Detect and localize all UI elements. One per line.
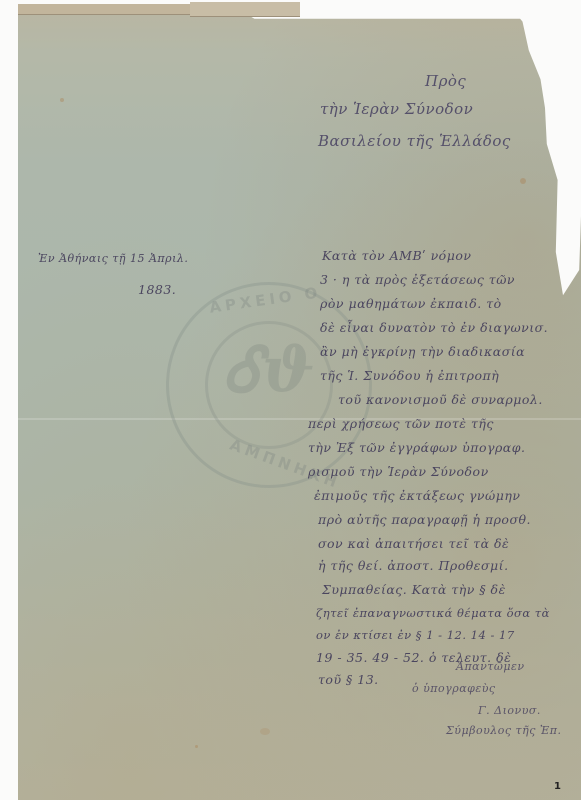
body-line: ρισμοῦ τὴν Ἱερὰν Σύνοδον (308, 464, 489, 479)
folded-top-flap-2 (190, 2, 300, 17)
body-line: δὲ εἶναι δυνατὸν τὸ ἐν διαγωνισ. (320, 320, 548, 335)
body-line: 3 · η τὰ πρὸς ἐξετάσεως τῶν (320, 272, 515, 287)
archive-stamp: Ꮄϑ ΑΡΧΕΙΟ Ο ΑΜΠΝΗΚΗ (166, 282, 372, 488)
stamp-monogram: Ꮄϑ (224, 333, 315, 407)
foxing-spot (195, 745, 198, 748)
body-line: σον καὶ ἀπαιτήσει τεῖ τὰ δὲ (318, 536, 509, 551)
page-marker: 1 (554, 781, 561, 792)
body-line: τὴν Ἐξ τῶν ἐγγράφων ὑπογραφ. (308, 440, 525, 455)
foxing-spot (60, 98, 64, 102)
place-date: Ἐν Ἀθήναις τῇ 15 Ἀπριλ. (38, 252, 188, 265)
closing-line-1: Ἀπαντῶμεν (456, 660, 525, 673)
closing-line-2: ὁ ὑπογραφεὺς (412, 682, 496, 695)
body-line: περὶ χρήσεως τῶν ποτὲ τῆς (308, 416, 494, 431)
signature-name: Γ. Διονυσ. (478, 704, 541, 717)
body-line: ον ἐν κτίσει ἐν § 1 - 12. 14 - 17 (316, 628, 515, 642)
body-line: τοῦ § 13. (318, 672, 379, 687)
body-line: πρὸ αὐτῆς παραγραφῇ ἡ προσθ. (318, 512, 531, 527)
body-line: ρὸν μαθημάτων ἐκπαιδ. τὸ (320, 296, 502, 311)
body-line: ἂν μὴ ἐγκρίνῃ τὴν διαδικασία (320, 344, 525, 359)
year: 1883. (138, 282, 176, 297)
body-line: Κατὰ τὸν ΑΜΒʹ νόμον (322, 248, 471, 263)
body-line: ζητεῖ ἐπαναγνωστικά θέματα ὅσα τὰ (316, 606, 550, 620)
address-line-3: Βασιλείου τῆς Ἑλλάδος (318, 132, 511, 150)
body-line: Συμπαθείας. Κατὰ τὴν § δὲ (322, 582, 506, 597)
body-line: ἐπιμοῦς τῆς ἐκτάξεως γνώμην (314, 488, 520, 503)
body-line: τοῦ κανονισμοῦ δὲ συναρμολ. (338, 392, 543, 407)
body-line: ἡ τῆς θεί. ἀποστ. Προθεσμί. (318, 558, 509, 573)
address-line-2: τὴν Ἱερὰν Σύνοδον (320, 100, 473, 118)
foxing-spot (260, 728, 270, 735)
foxing-spot (520, 178, 526, 184)
address-line-1: Πρὸς (425, 72, 466, 90)
body-line: τῆς Ἱ. Συνόδου ἡ ἐπιτροπὴ (320, 368, 499, 383)
signature-title: Σύμβουλος τῆς Ἐπ. (446, 724, 561, 737)
